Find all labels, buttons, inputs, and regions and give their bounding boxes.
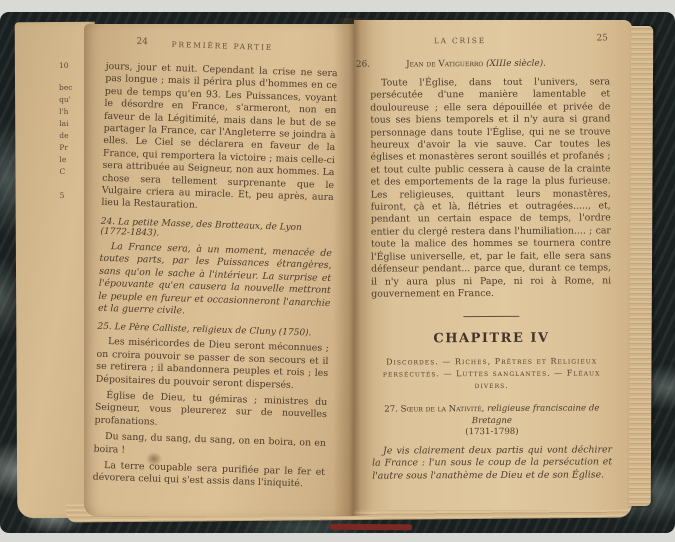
right-running-header: LA CRISE 25 bbox=[370, 33, 610, 50]
entry-26-title-suffix: (XIIIe siècle). bbox=[483, 59, 546, 69]
entry-26-body: Toute l'Église, dans tout l'univers, ser… bbox=[370, 76, 611, 301]
entry-27-heading: 27. Sœur de la Nativité, religieuse fran… bbox=[372, 404, 612, 440]
entry-24-heading: 24. La petite Masse, des Brotteaux, de L… bbox=[100, 217, 333, 244]
left-page-number: 24 bbox=[136, 37, 148, 47]
chapter-title: CHAPITRE IV bbox=[371, 331, 611, 347]
paragraph-continuation: jours, jour et nuit. Cependant la crise … bbox=[101, 61, 338, 217]
fragment: 10 bbox=[59, 60, 85, 72]
entry-27-dates: (1731-1798) bbox=[372, 427, 612, 440]
entry-27-desc: religieuse franciscaine de Bretagne bbox=[472, 404, 600, 426]
entry-26-title: Jean de Vatiguerro bbox=[406, 59, 483, 69]
spine-ribbon bbox=[330, 524, 412, 531]
right-page-number: 25 bbox=[596, 33, 608, 43]
fore-edge-page-stack bbox=[629, 26, 654, 506]
right-page: LA CRISE 25 26.Jean de Vatiguerro (XIIIe… bbox=[354, 20, 632, 510]
ink-smudge bbox=[146, 452, 162, 466]
entry-25-body-4: La terre coupable sera purifiée par le f… bbox=[93, 460, 326, 492]
chapter-subtitle: Discordes. — Riches, Prêtres et Religieu… bbox=[372, 356, 612, 393]
entry-27-name: Sœur de la Nativité, bbox=[401, 404, 485, 414]
left-running-header: 24 PREMIÈRE PARTIE bbox=[106, 36, 338, 59]
entry-26-heading: 26.Jean de Vatiguerro (XIIIe siècle). bbox=[356, 58, 596, 69]
entry-24-body: La France sera, à un moment, menacée de … bbox=[98, 241, 332, 323]
entry-25-body-1: Les miséricordes de Dieu seront méconnue… bbox=[96, 336, 329, 393]
entry-27-body: Je vis clairement deux partis qui vont d… bbox=[372, 444, 612, 482]
book-photo: 10 bec qu' l'h lai de Pr le C 5 24 PREMI… bbox=[0, 0, 675, 542]
section-divider bbox=[463, 316, 519, 317]
right-running-title: LA CRISE bbox=[340, 34, 580, 46]
entry-25-body-3: Du sang, du sang, du sang, on en boira, … bbox=[93, 431, 326, 463]
entry-25-body-2: Église de Dieu, tu gémiras ; ministres d… bbox=[94, 390, 327, 434]
left-page: 24 PREMIÈRE PARTIE jours, jour et nuit. … bbox=[84, 24, 354, 516]
entry-27-number: 27. bbox=[384, 405, 398, 415]
entry-26-number: 26. bbox=[356, 60, 370, 70]
